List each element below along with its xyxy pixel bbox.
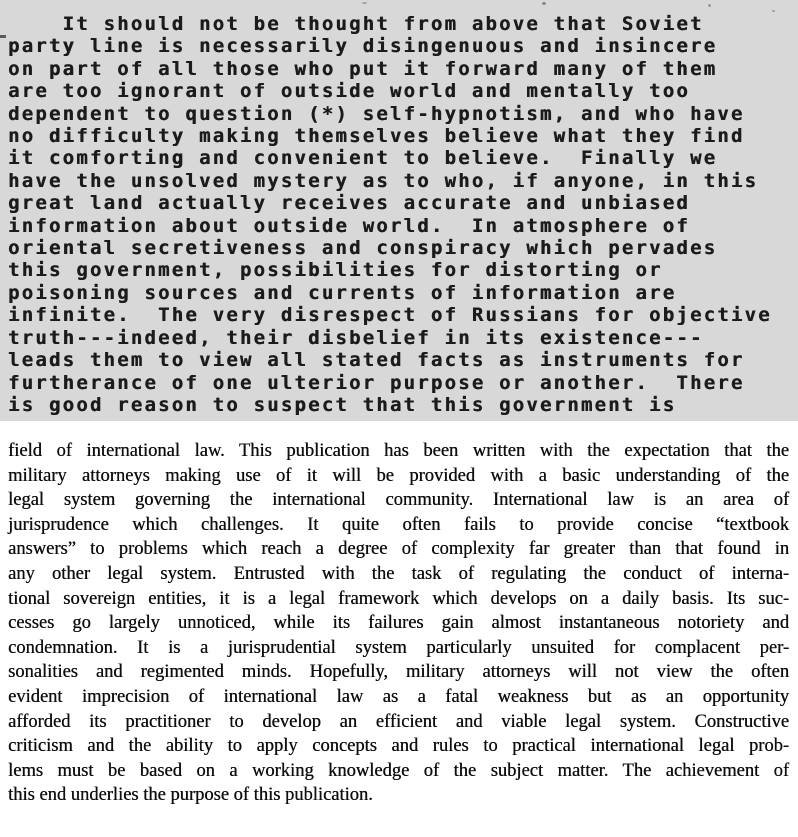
scan-edge-mark [0, 35, 6, 38]
text-line: party line is necessarily disingenuous a… [8, 35, 792, 57]
text-line: it comforting and convenient to believe.… [8, 147, 792, 169]
text-line: poisoning sources and currents of inform… [8, 282, 792, 304]
scan-noise-speck [542, 2, 546, 5]
text-line: furtherance of one ulterior purpose or a… [8, 372, 792, 394]
text-line: field of international law. This publica… [8, 439, 789, 464]
text-line: this government, possibilities for disto… [8, 259, 792, 281]
scan-noise-speck [362, 2, 367, 4]
text-line: evident imprecision of international law… [8, 685, 789, 710]
text-line: cesses go largely unnoticed, while its f… [8, 611, 789, 636]
text-line: great land actually receives accurate an… [8, 192, 792, 214]
scanned-document-page: It should not be thought from above that… [0, 0, 798, 837]
text-line: infinite. The very disrespect of Russian… [8, 304, 792, 326]
text-line: jurisprudence which challenges. It quite… [8, 513, 789, 538]
text-line: criticism and the ability to apply conce… [8, 734, 789, 759]
text-line: no difficulty making themselves believe … [8, 125, 792, 147]
text-line: are too ignorant of outside world and me… [8, 80, 792, 102]
text-line: leads them to view all stated facts as i… [8, 349, 792, 371]
text-line: answers” to problems which reach a degre… [8, 537, 789, 562]
text-line: any other legal system. Entrusted with t… [8, 562, 789, 587]
text-line: sonalities and regimented minds. Hopeful… [8, 660, 789, 685]
text-line: military attorneys making use of it will… [8, 464, 789, 489]
typewriter-telegram-excerpt: It should not be thought from above that… [0, 0, 798, 421]
text-line: information about outside world. In atmo… [8, 215, 792, 237]
text-line: dependent to question (*) self-hypnotism… [8, 103, 792, 125]
text-line: It should not be thought from above that… [8, 13, 792, 35]
text-line: lems must be based on a working knowledg… [8, 759, 789, 784]
text-line: on part of all those who put it forward … [8, 58, 792, 80]
printed-publication-paragraph: field of international law. This publica… [0, 421, 798, 837]
text-line: oriental secretiveness and conspiracy wh… [8, 237, 792, 259]
text-line: this end underlies the purpose of this p… [8, 783, 789, 808]
text-line: tional sovereign entities, it is a legal… [8, 587, 789, 612]
text-line: condemnation. It is a jurisprudential sy… [8, 636, 789, 661]
text-line: have the unsolved mystery as to who, if … [8, 170, 792, 192]
text-line: is good reason to suspect that this gove… [8, 394, 792, 416]
text-line: truth---indeed, their disbelief in its e… [8, 327, 792, 349]
scan-noise-speck [772, 10, 775, 12]
text-line: afforded its practitioner to develop an … [8, 710, 789, 735]
text-line: legal system governing the international… [8, 488, 789, 513]
scan-noise-speck [708, 4, 711, 7]
